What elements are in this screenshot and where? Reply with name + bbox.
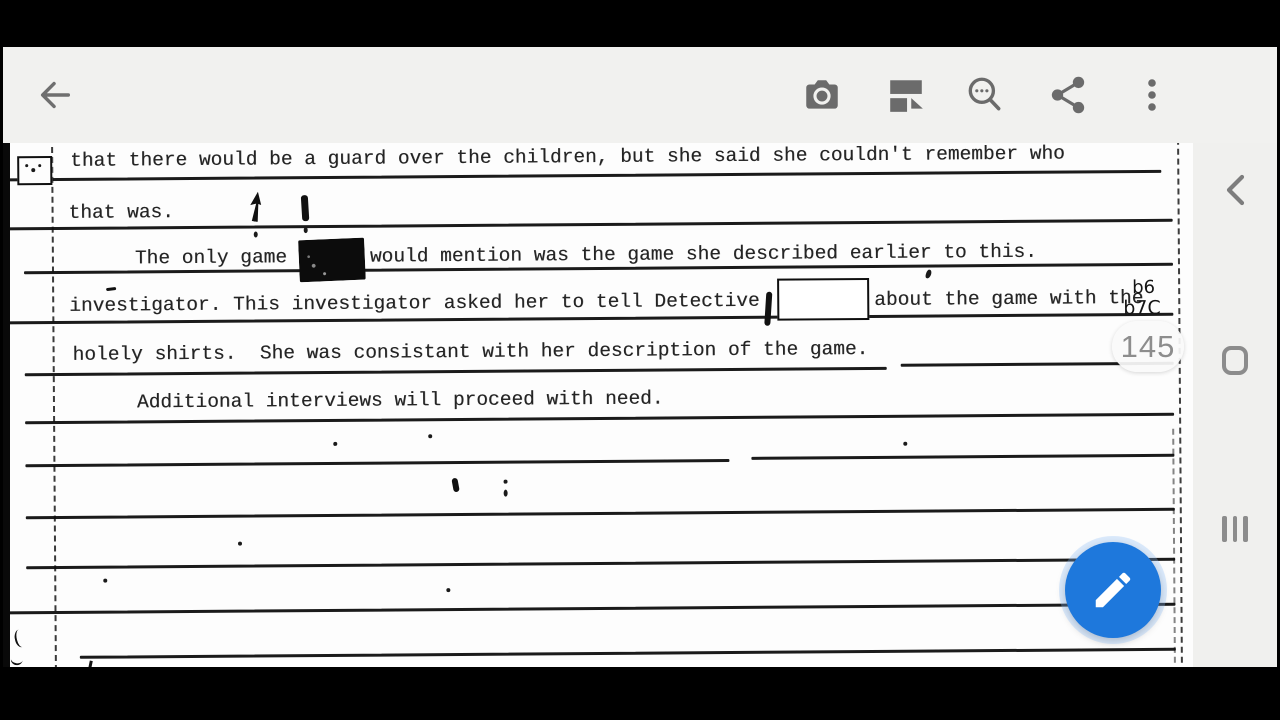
ink-speck	[333, 442, 337, 446]
nav-home-button[interactable]	[1203, 330, 1267, 390]
ink-speck	[38, 164, 41, 167]
recents-icon	[1222, 516, 1248, 542]
document-text-line: holely shirts. She was consistant with h…	[73, 338, 869, 366]
redaction-empty-box	[777, 278, 869, 321]
share-button[interactable]	[1026, 47, 1110, 143]
ink-speck	[254, 231, 258, 237]
back-arrow-icon	[36, 76, 74, 114]
ink-mark	[10, 653, 23, 666]
nav-recents-button[interactable]	[1203, 499, 1267, 559]
ink-speck	[238, 542, 242, 546]
ink-mark	[451, 478, 459, 493]
ink-mark	[246, 191, 263, 223]
ink-speck	[925, 269, 932, 279]
ink-speck	[446, 588, 450, 592]
document-text-line: that there would be a guard over the chi…	[70, 143, 1065, 172]
search-button[interactable]	[943, 47, 1027, 143]
ink-speck	[504, 480, 508, 484]
ruled-line	[751, 454, 1174, 460]
ink-speck	[103, 579, 107, 583]
ruled-line	[25, 367, 887, 376]
ruled-line	[25, 459, 729, 467]
overflow-menu-button[interactable]	[1110, 47, 1194, 143]
document-text-line: investigator. This investigator asked he…	[69, 290, 760, 317]
share-icon	[1048, 74, 1088, 116]
page-number-badge[interactable]: 145	[1112, 321, 1184, 372]
page-layout-button[interactable]	[864, 47, 948, 143]
scanned-document: that there would be a guard over the chi…	[3, 143, 1193, 667]
ink-speck	[25, 164, 28, 167]
document-page[interactable]: that there would be a guard over the chi…	[3, 143, 1193, 667]
page-right-edge	[1172, 429, 1176, 663]
back-button[interactable]	[15, 47, 95, 143]
exemption-code-b7c: b7C	[1123, 297, 1161, 319]
ink-mark	[13, 628, 29, 648]
bottom-letterbox-bar	[0, 667, 1280, 720]
screen: that there would be a guard over the chi…	[0, 0, 1280, 720]
page-layout-icon	[887, 75, 925, 115]
ink-speck	[504, 490, 508, 497]
screen-edge-left	[0, 0, 3, 720]
home-icon	[1222, 346, 1248, 375]
ruled-line	[80, 648, 1176, 659]
ink-speck	[903, 442, 907, 446]
ink-speck	[304, 227, 308, 233]
exemption-code-b6: b6	[1132, 277, 1155, 298]
ruled-line	[26, 508, 1175, 519]
ruled-line	[3, 219, 1173, 230]
top-letterbox-bar	[0, 0, 1280, 47]
page-number-label: 145	[1121, 329, 1176, 365]
redaction-black-box	[298, 238, 366, 283]
search-icon	[964, 74, 1006, 116]
ink-mark	[106, 287, 116, 291]
ruled-line	[26, 558, 1175, 569]
ink-speck	[428, 434, 432, 438]
chevron-left-icon	[1223, 174, 1247, 206]
ink-speck	[31, 168, 35, 172]
page-right-edge	[1177, 143, 1183, 663]
camera-icon	[801, 74, 843, 116]
ink-mark	[301, 195, 310, 221]
ruled-line	[25, 413, 1174, 424]
pencil-icon	[1090, 567, 1136, 613]
overflow-menu-icon	[1132, 74, 1172, 116]
document-text-line: The only game	[135, 246, 287, 269]
ruled-line	[4, 603, 1175, 614]
document-text-line: Additional interviews will proceed with …	[137, 388, 664, 414]
nav-back-button[interactable]	[1203, 160, 1267, 220]
camera-button[interactable]	[780, 47, 864, 143]
document-text-line: about the game with the	[874, 287, 1143, 311]
ruled-line	[6, 170, 1161, 181]
left-margin-line	[51, 147, 57, 667]
ink-mark	[764, 292, 772, 326]
scan-left-edge	[3, 143, 10, 667]
toolbar	[3, 47, 1277, 143]
document-text-line: that was.	[68, 201, 173, 224]
edit-fab[interactable]	[1065, 542, 1161, 638]
